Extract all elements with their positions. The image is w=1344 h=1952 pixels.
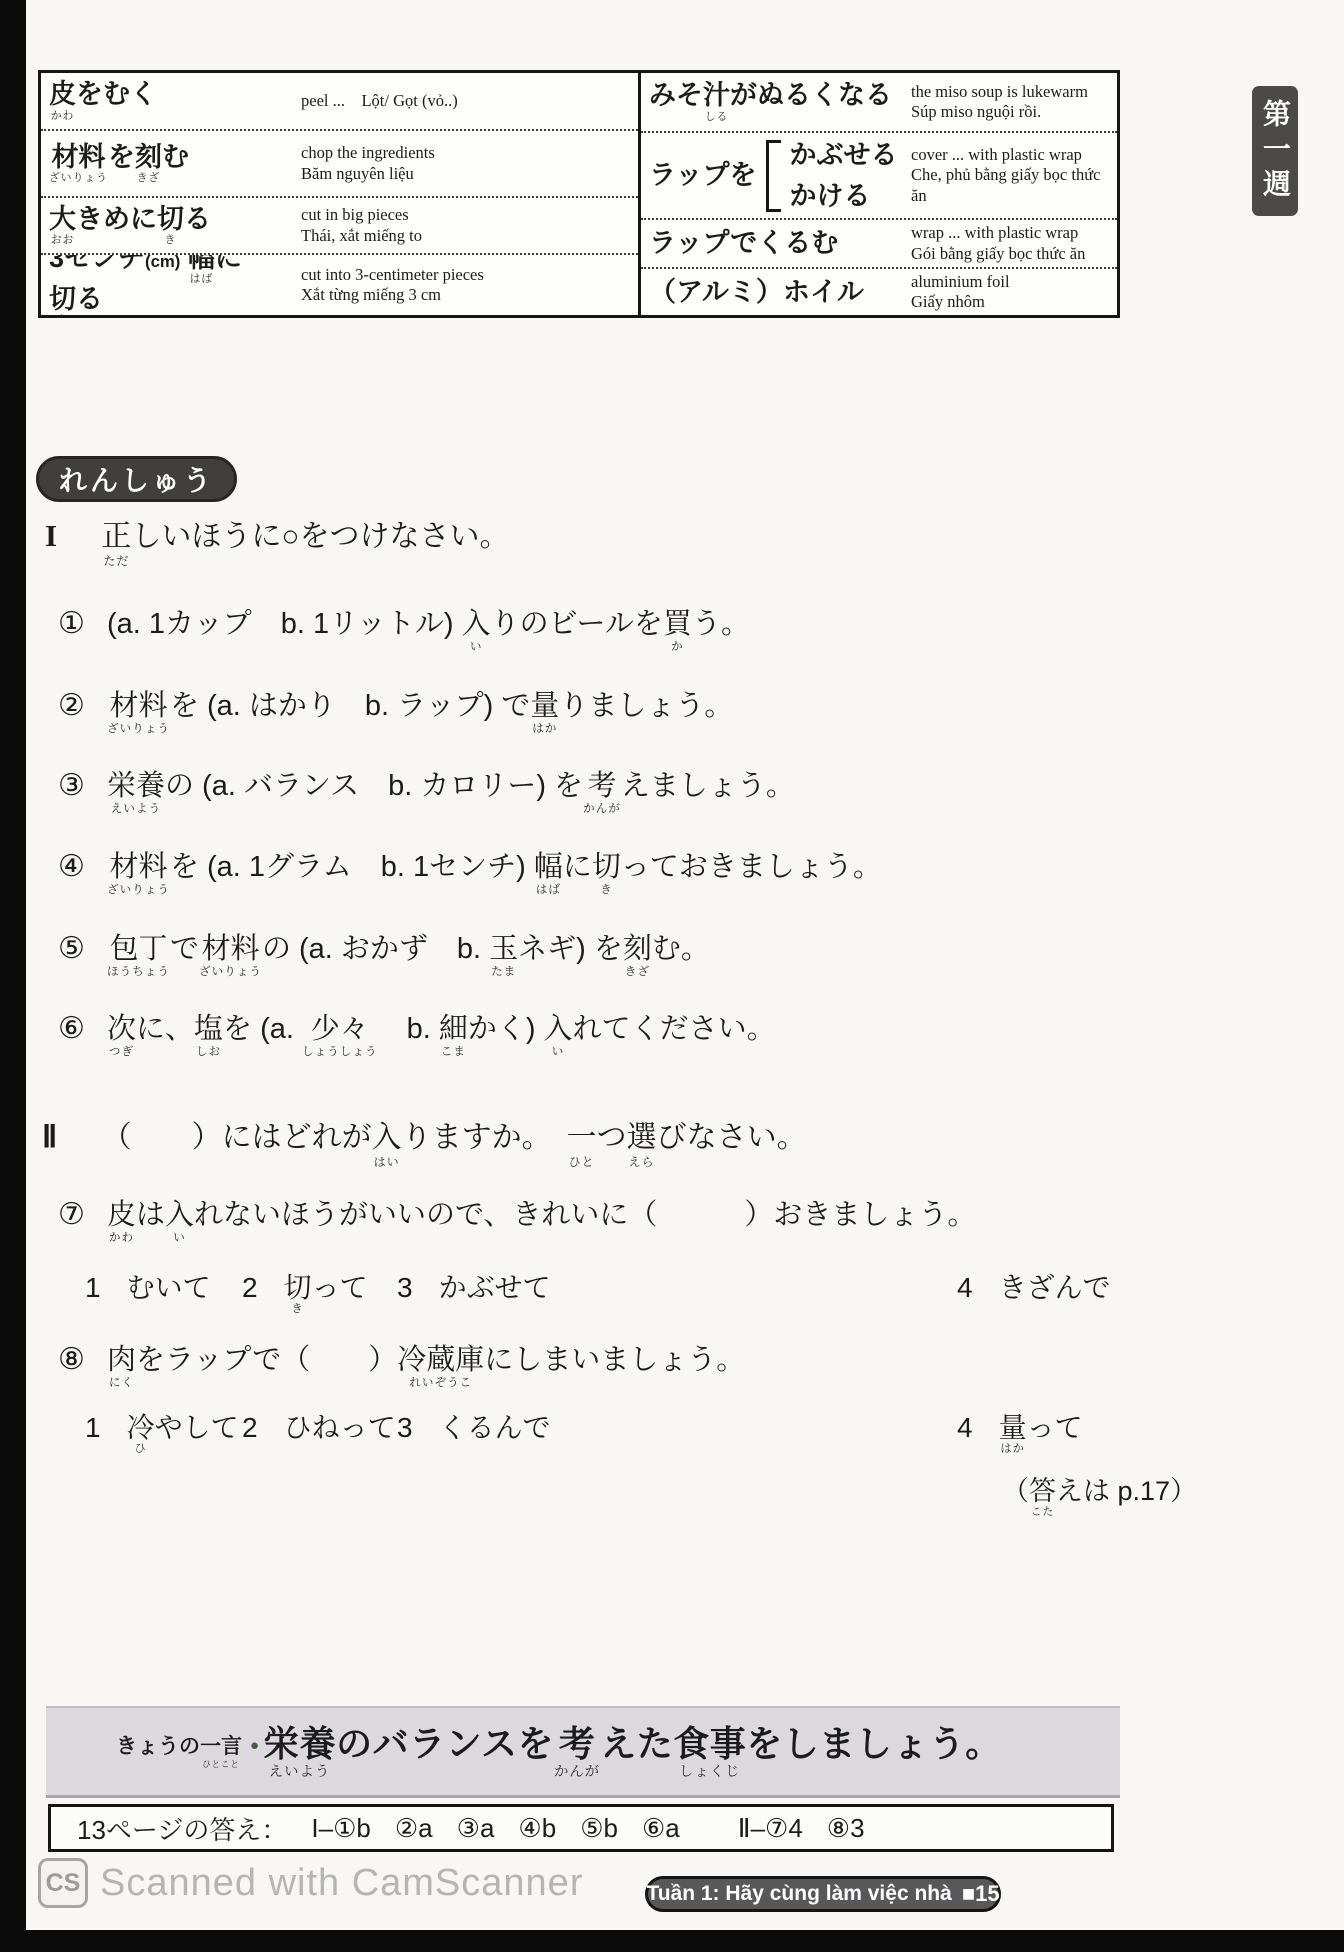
question-text: 肉にくをラップで（ ）冷蔵庫れいぞうこにしまいましょう。	[107, 1344, 745, 1376]
question-item: ② 材料ざいりょうを (a. はかり b. ラップ) で量はかりましょう。	[58, 688, 733, 735]
footer-week-bar: Tuần 1: Hãy cùng làm việc nhà ■15	[645, 1876, 1001, 1912]
question-number: ①	[58, 607, 85, 640]
vocab-term-jp: 3センチ(cm) 幅はばに切きる	[49, 253, 301, 315]
camscanner-text: Scanned with CamScanner	[100, 1862, 583, 1905]
answer-item: ②a	[395, 1813, 433, 1844]
today-phrase-text: 栄養えいようのバランスを考かんがえた食事しょくじをしましょう。	[263, 1723, 1002, 1779]
vocab-bracket-option: かぶせる	[789, 141, 897, 169]
scanned-textbook-page: 皮かわをむく peel ... Lột/ Gọt (vỏ..) 材料ざいりょうを…	[0, 0, 1344, 1952]
vocab-row: 大おおきめに切きる cut in big pieces Thái, xắt mi…	[41, 196, 638, 253]
option-number: 4	[957, 1272, 973, 1303]
option-label: かぶせて	[439, 1272, 551, 1303]
vocab-row: 材料ざいりょうを刻きざむ chop the ingredients Băm ng…	[41, 129, 638, 196]
section-number: Ⅱ	[42, 1119, 57, 1154]
answer-item: ④b	[518, 1813, 556, 1844]
vocab-translation: cut in big pieces Thái, xắt miếng to	[301, 205, 426, 245]
option-number: 4	[957, 1412, 973, 1443]
camscanner-watermark: CS Scanned with CamScanner	[38, 1858, 583, 1908]
vocab-table-right-half: みそ汁しるがぬるくなる the miso soup is lukewarm Sú…	[638, 73, 1117, 315]
question-number: ⑧	[58, 1343, 85, 1376]
question-text: 栄養えいようの (a. バランス b. カロリー) を考かんがえましょう。	[107, 770, 795, 802]
option-label: くるんで	[439, 1412, 551, 1443]
today-phrase-box: きょうの一言ひとこと ● 栄養えいようのバランスを考かんがえた食事しょくじをしま…	[46, 1706, 1120, 1798]
option-label: 切きって	[284, 1272, 368, 1303]
section-prompt: （ ）にはどれが入はいりますか。 一ひとつ選えらびなさい。	[102, 1121, 807, 1154]
option-number: 2	[242, 1272, 258, 1303]
vocab-translation: wrap ... with plastic wrap Gói bằng giấy…	[911, 223, 1089, 263]
question-number: ②	[58, 689, 85, 722]
vocab-row: 皮かわをむく peel ... Lột/ Gọt (vỏ..)	[41, 73, 638, 129]
vocab-bracket-options: かぶせる かける	[789, 141, 897, 210]
camscanner-logo-icon: CS	[38, 1858, 88, 1908]
option-label: 冷ひやして	[127, 1412, 239, 1443]
vocab-table-left-half: 皮かわをむく peel ... Lột/ Gọt (vỏ..) 材料ざいりょうを…	[41, 73, 638, 315]
question-text: 材料ざいりょうを (a. はかり b. ラップ) で量はかりましょう。	[107, 690, 733, 722]
bullet-icon: ●	[250, 1737, 259, 1754]
question-item: ⑦ 皮かわは入いれないほうがいいので、きれいに（ ）おきましょう。	[58, 1197, 976, 1244]
option-label: きざんで	[999, 1272, 1111, 1303]
vocab-term-pre: ラップを	[649, 161, 756, 189]
option-item: 1冷ひやして	[85, 1412, 239, 1456]
option-number: 3	[397, 1272, 413, 1303]
question-item: ① (a. 1カップ b. 1リットル) 入いりのビールを買かう。	[58, 606, 750, 653]
question-number: ⑥	[58, 1012, 85, 1045]
option-number: 2	[242, 1412, 258, 1443]
practice-badge: れんしゅう	[36, 456, 237, 502]
vocab-term-jp: ラップでくるむ	[649, 229, 911, 257]
option-label: むいて	[127, 1272, 211, 1303]
question-text: 材料ざいりょうを (a. 1グラム b. 1センチ) 幅はばに切きっておきましょ…	[107, 851, 882, 883]
option-row: 1冷ひやして 2ひねって 3くるんで 4量はかって	[85, 1412, 1265, 1474]
vocab-term-jp: みそ汁しるがぬるくなる	[649, 81, 911, 122]
option-item: 3かぶせて	[397, 1272, 551, 1304]
vocab-translation: cover ... with plastic wrap Che, phủ bằn…	[911, 145, 1109, 205]
option-item: 2切きって	[242, 1272, 368, 1316]
option-item: 2ひねって	[242, 1412, 396, 1444]
option-row: 1むいて 2切きって 3かぶせて 4きざんで	[85, 1272, 1265, 1334]
today-phrase-label: きょうの一言ひとこと	[116, 1735, 242, 1768]
option-number: 1	[85, 1412, 101, 1443]
answer-item: ⑧3	[827, 1813, 865, 1844]
section-1-header: I 正ただしいほうに○をつけなさい。	[45, 518, 510, 567]
section-2-header: Ⅱ （ ）にはどれが入はいりますか。 一ひとつ選えらびなさい。	[42, 1119, 807, 1168]
vocab-row: 3センチ(cm) 幅はばに切きる cut into 3-centimeter p…	[41, 253, 638, 315]
vocab-translation: cut into 3-centimeter pieces Xắt từng mi…	[301, 265, 488, 305]
question-item: ④ 材料ざいりょうを (a. 1グラム b. 1センチ) 幅はばに切きっておきま…	[58, 849, 882, 896]
option-number: 3	[397, 1412, 413, 1443]
option-item: 1むいて	[85, 1272, 211, 1304]
answer-item: I–①b	[311, 1813, 370, 1844]
option-label: ひねって	[284, 1412, 396, 1443]
question-item: ③ 栄養えいようの (a. バランス b. カロリー) を考かんがえましょう。	[58, 768, 795, 815]
question-text: 次つぎに、塩しおを (a. 少々しょうしょう b. 細こまかく) 入いれてくださ…	[107, 1013, 776, 1045]
question-item: ⑧ 肉にくをラップで（ ）冷蔵庫れいぞうこにしまいましょう。	[58, 1342, 745, 1389]
section-prompt: 正ただしいほうに○をつけなさい。	[101, 520, 509, 553]
option-item: 4きざんで	[957, 1272, 1111, 1304]
vocab-translation: peel ... Lột/ Gọt (vỏ..)	[301, 91, 462, 111]
answer-item: ⑤b	[580, 1813, 618, 1844]
scan-edge-bottom	[0, 1930, 1344, 1952]
option-number: 1	[85, 1272, 101, 1303]
option-label: 量はかって	[999, 1412, 1083, 1443]
vocab-term-jp: 材料ざいりょうを刻きざむ	[49, 143, 301, 184]
answers-page-note: （答こたえは p.17）	[1002, 1476, 1197, 1518]
answer-item: ③a	[457, 1813, 495, 1844]
footer-week-text: Tuần 1: Hãy cùng làm việc nhà	[646, 1882, 951, 1906]
option-item: 4量はかって	[957, 1412, 1083, 1456]
question-number: ⑤	[58, 932, 85, 965]
section-number: I	[45, 518, 57, 553]
answers-lead: 13ページの答え：	[77, 1810, 287, 1847]
question-text: (a. 1カップ b. 1リットル) 入いりのビールを買かう。	[107, 608, 750, 640]
question-text: 包丁ほうちょうで材料ざいりょうの (a. おかず b. 玉たまネギ) を刻きざむ…	[107, 933, 710, 965]
scan-edge-left	[0, 0, 26, 1952]
vocab-bracket-option: かける	[789, 182, 897, 210]
footer-page-number: ■15	[962, 1881, 1000, 1907]
vocab-term-jp: ラップを かぶせる かける	[649, 140, 911, 212]
vocab-row: （アルミ）ホイル aluminium foil Giấy nhôm	[641, 267, 1117, 315]
vocab-term-jp: 皮かわをむく	[49, 80, 301, 121]
vocab-term-jp: 大おおきめに切きる	[49, 205, 301, 246]
question-item: ⑥ 次つぎに、塩しおを (a. 少々しょうしょう b. 細こまかく) 入いれてく…	[58, 1011, 776, 1058]
question-text: 皮かわは入いれないほうがいいので、きれいに（ ）おきましょう。	[107, 1199, 976, 1231]
vocab-term-jp: （アルミ）ホイル	[649, 278, 911, 306]
question-number: ⑦	[58, 1198, 85, 1231]
week-tab: 第一週	[1252, 86, 1298, 216]
answer-item: ⑥a	[642, 1813, 680, 1844]
vocab-translation: aluminium foil Giấy nhôm	[911, 272, 1014, 312]
vocab-translation: the miso soup is lukewarm Súp miso nguội…	[911, 82, 1092, 122]
answer-item: Ⅱ–⑦4	[738, 1813, 803, 1844]
option-item: 3くるんで	[397, 1412, 551, 1444]
vocab-row: ラップでくるむ wrap ... with plastic wrap Gói b…	[641, 218, 1117, 267]
vocab-translation: chop the ingredients Băm nguyên liệu	[301, 143, 439, 183]
vocab-table: 皮かわをむく peel ... Lột/ Gọt (vỏ..) 材料ざいりょうを…	[38, 70, 1120, 318]
vocab-row: みそ汁しるがぬるくなる the miso soup is lukewarm Sú…	[641, 73, 1117, 131]
question-item: ⑤ 包丁ほうちょうで材料ざいりょうの (a. おかず b. 玉たまネギ) を刻き…	[58, 931, 710, 978]
vocab-row: ラップを かぶせる かける cover ... with plastic wra…	[641, 131, 1117, 218]
previous-answers-strip: 13ページの答え： I–①b ②a ③a ④b ⑤b ⑥a Ⅱ–⑦4 ⑧3	[48, 1804, 1114, 1852]
question-number: ④	[58, 850, 85, 883]
question-number: ③	[58, 769, 85, 802]
bracket-glyph	[766, 140, 781, 212]
